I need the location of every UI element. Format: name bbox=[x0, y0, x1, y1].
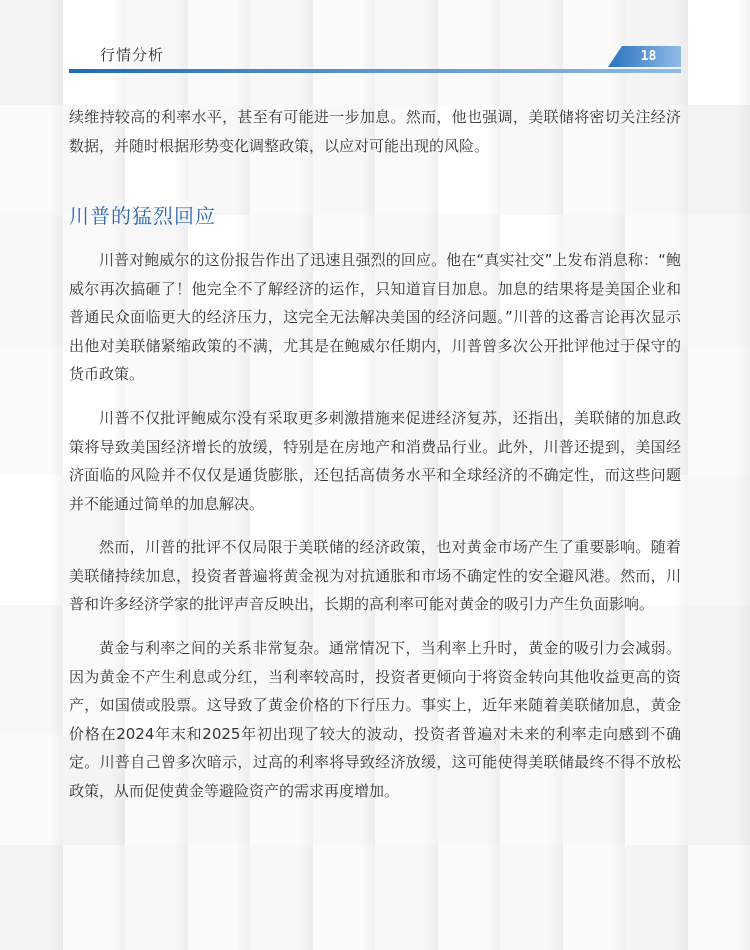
paragraph-2: 川普不仅批评鲍威尔没有采取更多刺激措施来促进经济复苏，还指出，美联储的加息政策将… bbox=[69, 404, 681, 518]
document-page: 行情分析 18 续维持较高的利率水平，甚至有可能进一步加息。然而，他也强调，美联… bbox=[0, 0, 750, 950]
page-number: 18 bbox=[641, 49, 657, 64]
page-number-badge: 18 bbox=[608, 46, 681, 67]
intro-paragraph: 续维持较高的利率水平，甚至有可能进一步加息。然而，他也强调，美联储将密切关注经济… bbox=[69, 103, 681, 160]
paragraph-3: 然而，川普的批评不仅局限于美联储的经济政策，也对黄金市场产生了重要影响。随着美联… bbox=[69, 533, 681, 619]
section-heading: 川普的猛烈回应 bbox=[69, 200, 216, 229]
header-divider bbox=[69, 69, 681, 73]
paragraph-1: 川普对鲍威尔的这份报告作出了迅速且强烈的回应。他在“真实社交”上发布消息称：“鲍… bbox=[69, 246, 681, 389]
section-title: 行情分析 bbox=[100, 44, 164, 65]
paragraph-4: 黄金与利率之间的关系非常复杂。通常情况下，当利率上升时，黄金的吸引力会减弱。因为… bbox=[69, 634, 681, 805]
